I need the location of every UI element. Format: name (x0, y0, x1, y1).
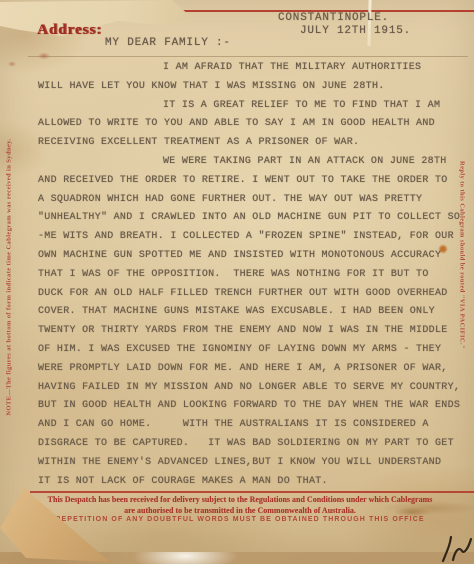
letter-line: COVER. THAT MACHINE GUNS MISTAKE WAS EXC… (38, 303, 468, 322)
letter-line: BUT IN GOOD HEALTH AND LOOKING FORWARD T… (38, 397, 468, 416)
letter-line: WERE PROMPTLY LAID DOWN FOR ME. AND HERE… (38, 360, 468, 379)
letter-line: AND I CAN GO HOME. WITH THE AUSTRALIANS … (38, 416, 468, 435)
conditions-line-2: are authorised to be transmitted in the … (124, 506, 356, 515)
conditions-notice: This Despatch has been received for deli… (20, 494, 460, 516)
letter-line: RECEIVING EXCELLENT TREATMENT AS A PRISO… (38, 134, 468, 153)
right-margin-note: Reply to this Cablegram should be routed… (459, 100, 466, 410)
letter-body: I AM AFRAID THAT THE MILITARY AUTHORITIE… (38, 59, 468, 491)
letter-line: WILL HAVE LET YOU KNOW THAT I WAS MISSIN… (38, 78, 468, 97)
letter-line: I AM AFRAID THAT THE MILITARY AUTHORITIE… (38, 59, 468, 78)
letter-line: "UNHEALTHY" AND I CRAWLED INTO AN OLD MA… (38, 209, 468, 228)
dateline-place: CONSTANTINOPLE. (278, 12, 389, 24)
letter-line: AND RECEIVED THE ORDER TO RETIRE. I WENT… (38, 172, 468, 191)
letter-line: WE WERE TAKING PART IN AN ATTACK ON JUNE… (38, 153, 468, 172)
left-margin-note: NOTE—The figures at bottom of form indic… (6, 87, 13, 467)
footer-red-rule (30, 491, 474, 493)
letter-line: IT IS A GREAT RELIEF TO ME TO FIND THAT … (38, 97, 468, 116)
letter-line: DISGRACE TO BE CAPTURED. IT WAS BAD SOLD… (38, 435, 468, 454)
address-label: Address: (37, 22, 102, 39)
salutation-rule (28, 56, 468, 57)
letter-line: IT IS NOT LACK OF COURAGE MAKES A MAN DO… (38, 473, 468, 492)
repetition-notice: REPETITION OF ANY DOUBTFUL WORDS MUST BE… (20, 516, 460, 523)
letter-line: THAT I WAS OF THE OPPOSITION. THERE WAS … (38, 266, 468, 285)
telegram-sheet: Address: CONSTANTINOPLE. JULY 12TH 1915.… (0, 0, 474, 552)
handwritten-mark (438, 533, 474, 564)
letter-line: HAVING FAILED IN MY MISSION AND NO LONGE… (38, 379, 468, 398)
page-background: Address: CONSTANTINOPLE. JULY 12TH 1915.… (0, 0, 474, 564)
letter-line: TWENTY OR THIRTY YARDS FROM THE ENEMY AN… (38, 322, 468, 341)
dateline-date: JULY 12TH 1915. (300, 25, 411, 37)
letter-line: WITHIN THE ENEMY'S ADVANCED LINES,BUT I … (38, 454, 468, 473)
conditions-line-1: This Despatch has been received for deli… (48, 495, 433, 504)
letter-line: OWN MACHINE GUN SPOTTED ME AND INSISTED … (38, 247, 468, 266)
salutation: MY DEAR FAMILY :- (105, 37, 231, 49)
letter-line: -ME WITS AND BREATH. I COLLECTED A "FROZ… (38, 228, 468, 247)
letter-line: DUCK FOR AN OLD HALF FILLED TRENCH FURTH… (38, 285, 468, 304)
letter-line: OF HIM. I WAS EXCUSED THE IGNOMINY OF LA… (38, 341, 468, 360)
letter-line: ALLOWED TO WRITE TO YOU AND ABLE TO SAY … (38, 115, 468, 134)
letter-line: A SQUADRON WHICH HAD GONE FURTHER OUT. T… (38, 191, 468, 210)
